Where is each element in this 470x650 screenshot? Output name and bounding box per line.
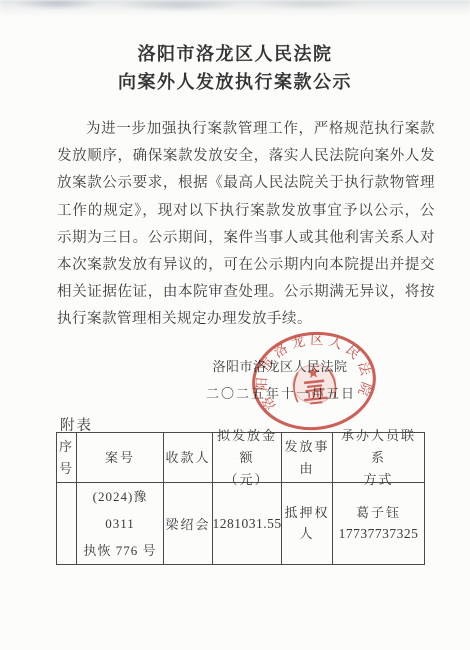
body-paragraph: 为进一步加强执行案款管理工作，严格规范执行案款发放顺序，确保案款发放安全，落实人… xyxy=(57,116,435,334)
document-title-line1: 洛阳市洛龙区人民法院 xyxy=(0,40,470,68)
official-seal: 洛阳市洛龙区人民法院 xyxy=(246,325,382,438)
scan-artifact xyxy=(0,0,470,16)
table-header-contact: 承办人员联系 方式 xyxy=(333,433,424,483)
table-cell-case-no: (2024)豫 0311 执恢 776 号 xyxy=(77,483,164,564)
table-cell-payee: 梁绍会 xyxy=(164,483,213,564)
table-header-case-no: 案号 xyxy=(77,433,164,483)
table-cell-amount: 1281031.55 xyxy=(213,483,282,564)
document-title: 洛阳市洛龙区人民法院 向案外人发放执行案款公示 xyxy=(0,40,470,96)
case-table: 序 号 案号 收款人 拟发放金额 （元） 发放事 由 承办人员联系 方式 (20… xyxy=(56,432,425,565)
table-header-seq: 序 号 xyxy=(57,433,77,483)
national-emblem-icon xyxy=(291,363,338,407)
table-header-payee: 收款人 xyxy=(164,433,213,483)
table-cell-seq xyxy=(57,483,77,564)
document-title-line2: 向案外人发放执行案款公示 xyxy=(0,68,470,96)
scanned-court-document: 洛阳市洛龙区人民法院 向案外人发放执行案款公示 为进一步加强执行案款管理工作，严… xyxy=(0,0,470,650)
table-cell-contact: 葛子钰 17737737325 xyxy=(333,483,424,564)
table-cell-reason: 抵押权 人 xyxy=(282,483,333,564)
table-header-amount: 拟发放金额 （元） xyxy=(213,433,282,483)
table-header-reason: 发放事 由 xyxy=(282,433,333,483)
